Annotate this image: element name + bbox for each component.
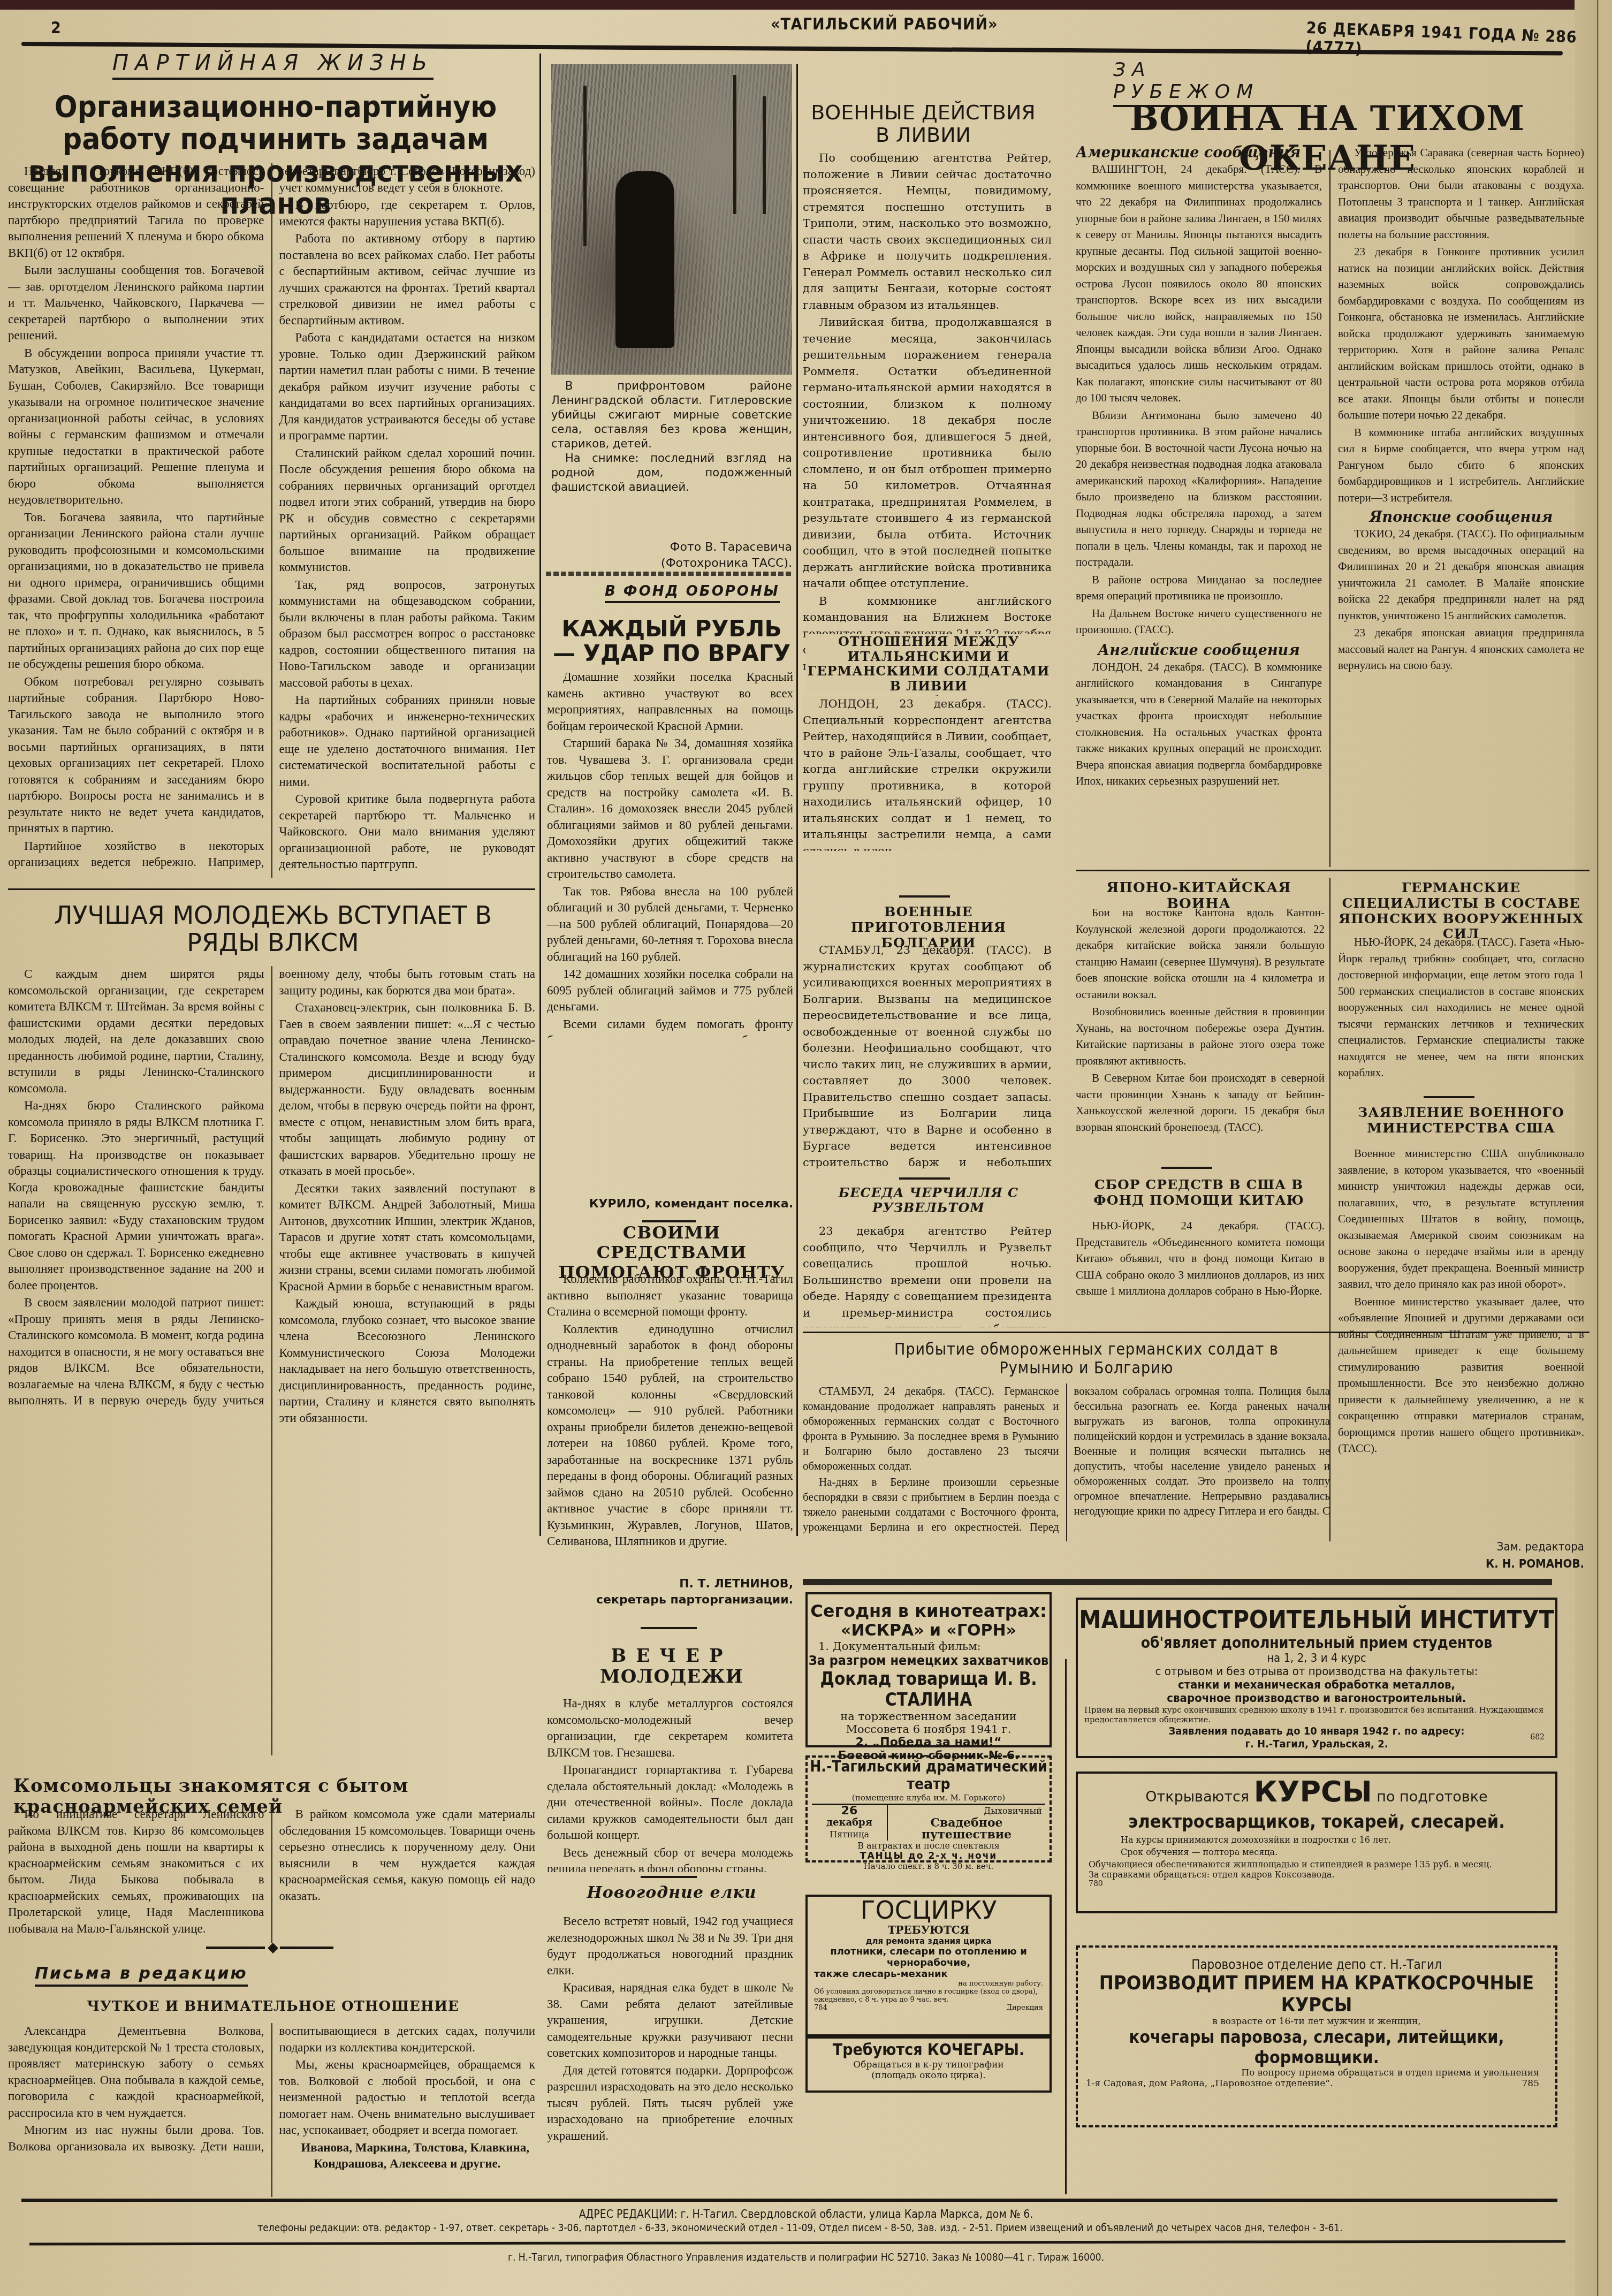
- sino-japanese-article: Бои на востоке Кантона вдоль Кантон-Коул…: [1076, 904, 1325, 1161]
- ad-line: ПРОИЗВОДИТ ПРИЕМ НА КРАТКОСРОЧНЫЕ КУРСЫ: [1078, 1972, 1555, 2016]
- ad-line: в возрасте от 16-ти лет мужчин и женщин,: [1078, 2016, 1555, 2027]
- defense-fund-headline: КАЖДЫЙ РУБЛЬ— УДАР ПО ВРАГУ: [551, 617, 792, 666]
- paragraph: У побережья Саравака (северная часть Бор…: [1338, 145, 1584, 242]
- column-divider: [1065, 1659, 1067, 2194]
- paragraph: Стахановец-электрик, сын полковника Б. В…: [279, 1000, 536, 1180]
- divider: [641, 1876, 697, 1878]
- ad-line: ГОСЦИРКУ: [808, 1897, 1050, 1924]
- ad-signature: Дирекция: [1006, 2004, 1043, 2012]
- editor-name: К. Н. РОМАНОВ.: [1338, 1556, 1584, 1573]
- section-rule: [8, 888, 535, 890]
- paper-name: «ТАГИЛЬСКИЙ РАБОЧИЙ»: [771, 15, 998, 34]
- institute-ad: МАШИНОСТРОИТЕЛЬНЫЙ ИНСТИТУТ об'являет до…: [1076, 1598, 1557, 1758]
- paragraph: Старший барака № 34, домашняя хозяйка то…: [547, 735, 793, 883]
- theatre-ad: Н.-Тагильский драматический театр (помещ…: [805, 1755, 1052, 1862]
- ad-line: г. Н.-Тагил, Уральская, 2.: [1078, 1737, 1555, 1750]
- us-war-dept-article: Военное министерство США опубликовало за…: [1338, 1145, 1584, 1523]
- caption-text: В прифронтовом районе Ленинградской обла…: [551, 379, 792, 451]
- youth-evening-headline: ВЕЧЕР МОЛОДЕЖИ: [551, 1646, 792, 1687]
- paragraph: Весь денежный сбор от вечера молодежь ре…: [547, 1845, 793, 1873]
- paragraph: По инициативе секретаря Ленинского райко…: [8, 1806, 264, 1937]
- japanese-reports-label: Японские сообщения: [1338, 509, 1584, 526]
- depot-footer: 1-я Садовая, дом Района, „Паровозное отд…: [1078, 2078, 1555, 2089]
- divider: [899, 895, 950, 898]
- editorial-phones: телефоны редакции: отв. редактор - 1-97,…: [32, 2222, 1568, 2234]
- photo-caption: В прифронтовом районе Ленинградской обла…: [551, 379, 792, 495]
- section-rule: [1076, 870, 1590, 871]
- paragraph: На-днях в горкоме ВКП(б) состоялось сове…: [8, 163, 264, 261]
- section-rubric: Письма в редакцию: [35, 1964, 248, 1987]
- ad-line: Начало спект. в 8 ч. 30 м. веч.: [808, 1861, 1050, 1871]
- theatre-author: Дыховичный: [888, 1805, 1045, 1817]
- paragraph: НЬЮ-ЙОРК, 24 декабря. (ТАСС). Представит…: [1076, 1218, 1325, 1299]
- italians-germans-article: ЛОНДОН, 23 декабря. (ТАСС). Специальный …: [803, 696, 1052, 851]
- paragraph: Для детей готовятся подарки. Дорпрофсож …: [547, 2063, 793, 2145]
- ad-line: Об условиях договориться лично в госцирк…: [808, 1988, 1050, 2004]
- ornament-rule: [280, 1947, 333, 1949]
- paragraph: Так тов. Рябова внесла на 100 рублей обл…: [547, 884, 793, 965]
- paragraph: ЛОНДОН, 24 декабря. (ТАСС). В коммюнике …: [1076, 659, 1322, 789]
- photo-tree: [763, 96, 766, 214]
- paragraph: На Дальнем Востоке ничего существенного …: [1076, 605, 1322, 638]
- ad-number: 682: [1530, 1733, 1545, 1742]
- paragraph: В районе острова Минданао за последнее в…: [1076, 572, 1322, 604]
- ad-line: Н.-Тагильский драматический театр: [808, 1758, 1050, 1793]
- paragraph: По сообщению агентства Рейтер, положение…: [803, 150, 1052, 313]
- ad-text: по подготовке: [1377, 1789, 1487, 1805]
- vlksm-article: С каждым днем ширятся ряды комсомольской…: [8, 966, 535, 1755]
- komsomol-families-article: По инициативе секретаря Ленинского райко…: [8, 1806, 535, 1943]
- defense-fund-byline: КУРИЛО, комендант поселка.: [547, 1196, 793, 1212]
- ad-line: сварочное производство и вагоностроитель…: [1078, 1692, 1555, 1705]
- paragraph: Коллектив единодушно отчислил однодневны…: [547, 1321, 793, 1550]
- paragraph: ТОКИО, 24 декабря. (ТАСС). По официальны…: [1338, 526, 1584, 624]
- libya-headline: ВОЕННЫЕ ДЕЙСТВИЯ В ЛИВИИ: [805, 102, 1041, 147]
- ad-line: Сегодня в кинотеатрах:: [808, 1601, 1050, 1621]
- theatre-play-title: Свадебное путешествие: [888, 1817, 1045, 1841]
- paragraph: Коллектив работников охраны ст. Н.-Тагил…: [547, 1271, 793, 1320]
- ad-line: Требуются КОЧЕГАРЫ.: [808, 2041, 1050, 2059]
- churchill-headline: БЕСЕДА ЧЕРЧИЛЛЯ С РУЗВЕЛЬТОМ: [805, 1185, 1052, 1215]
- ad-number: 780: [1078, 1880, 1555, 1888]
- ad-text: КУРСЫ: [1254, 1775, 1372, 1808]
- paragraph: НЬЮ-ЙОРК, 24 декабря. (ТАСС). Газета «Нь…: [1338, 934, 1584, 1081]
- column-divider: [539, 54, 541, 1536]
- letters-section: Письма в редакцию: [35, 1964, 248, 1987]
- italians-germans-headline: ОТНОШЕНИЯ МЕЖДУ ИТАЛЬЯНСКИМИ И ГЕРМАНСКИ…: [805, 634, 1052, 693]
- english-reports-label: Английские сообщения: [1076, 642, 1322, 659]
- theatre-play: Дыховичный Свадебное путешествие: [888, 1805, 1045, 1841]
- paragraph: В обсуждении вопроса приняли участие тт.…: [8, 345, 264, 508]
- paragraph: Работа по активному отбору в партию пост…: [279, 231, 536, 329]
- paragraph: 23 декабря агентство Рейтер сообщило, чт…: [803, 1223, 1052, 1327]
- paragraph: Мы, жены красноармейцев, обращаемся к то…: [279, 2057, 536, 2139]
- photo-credit-line: Фото В. Тарасевича: [551, 539, 792, 556]
- column-divider: [1329, 878, 1330, 1541]
- photo-credit: Фото В. Тарасевича (Фотохроника ТАСС).: [551, 539, 792, 572]
- paragraph: Ливийская битва, продолжавшаяся в течени…: [803, 314, 1052, 592]
- paragraph: Домашние хозяйки поселка Красный камень …: [547, 669, 793, 734]
- bulgaria-article: СТАМБУЛ, 23 декабря. (ТАСС). В журналист…: [803, 942, 1052, 1172]
- churchill-article: 23 декабря агентство Рейтер сообщило, чт…: [803, 1223, 1052, 1327]
- own-means-article: Коллектив работников охраны ст. Н.-Тагил…: [547, 1271, 793, 1571]
- editorial-address: АДРЕС РЕДАКЦИИ: г. Н-Тагил. Свердловской…: [0, 2208, 1612, 2221]
- youth-evening-article: На-днях в клубе металлургов состоялся ко…: [547, 1696, 793, 1872]
- courses-ad: Открываются КУРСЫ по подготовке электрос…: [1076, 1772, 1557, 1913]
- new-year-trees-headline: Новогодние елки: [551, 1884, 792, 1903]
- ad-line: Доклад товарища И. В. СТАЛИНА: [808, 1668, 1050, 1710]
- divider: [641, 1627, 697, 1629]
- ad-line: ТАНЦЫ до 2-х ч. ночи: [808, 1851, 1050, 1861]
- photo-credit-line: (Фотохроника ТАСС).: [551, 556, 792, 572]
- letters-article: Александра Дементьевна Волкова, заведующ…: [8, 2023, 535, 2197]
- ad-line: За справками обращаться: отдел кадров Ко…: [1078, 1869, 1555, 1880]
- paragraph: Так, ряд вопросов, затронутых коммуниста…: [279, 577, 536, 691]
- footer-top-rule: [21, 2199, 1557, 2202]
- courses-title-row: Открываются КУРСЫ по подготовке: [1078, 1778, 1555, 1811]
- depot-ad: Паровозное отделение депо ст. Н.-Тагил П…: [1076, 1945, 1557, 2127]
- ad-line: на торжественном заседании Моссовета 6 н…: [808, 1710, 1050, 1736]
- frostbitten-headline: Прибытие обмороженных германских солдат …: [878, 1341, 1295, 1378]
- photo-tree: [733, 75, 736, 214]
- english-reports-continued: У побережья Саравака (северная часть Бор…: [1338, 145, 1584, 506]
- ad-line: По вопросу приема обращаться в отдел при…: [1078, 2067, 1555, 2078]
- ad-line: плотники, слесари по отоплению и чернора…: [808, 1946, 1050, 1968]
- ad-line: на 1, 2, 3 и 4 курс: [1078, 1652, 1555, 1665]
- headline-line: ВЕЧЕР: [551, 1646, 792, 1667]
- photo-figure: [615, 171, 674, 348]
- paragraph: 23 декабря японская авиация предприняла …: [1338, 625, 1584, 674]
- ad-line: В антрактах и после спектакля: [808, 1841, 1050, 1851]
- paragraph: Вблизи Антимонана было замечено 40 транс…: [1076, 407, 1322, 571]
- ad-line: 1-я Садовая, дом Района, „Паровозное отд…: [1086, 2078, 1333, 2089]
- ad-line: также слесарь-механик: [808, 1968, 1050, 1980]
- paragraph: 23 декабря в Гонконге противник усилил н…: [1338, 244, 1584, 423]
- ad-line: (площадь около цирка).: [808, 2070, 1050, 2081]
- new-year-trees-article: Весело встретят новый, 1942 год учащиеся…: [547, 1913, 793, 2192]
- paragraph: Каждый юноша, вступающий в ряды комсомол…: [279, 1296, 536, 1426]
- paragraph: Сталинский райком сделал хороший почин. …: [279, 445, 536, 576]
- paragraph: Десятки таких заявлений поступают в коми…: [279, 1181, 536, 1295]
- ad-line: Обучающиеся обеспечиваются жилплощадью и…: [1078, 1857, 1555, 1869]
- paragraph: Весело встретят новый, 1942 год учащиеся…: [547, 1913, 793, 1979]
- paragraph: В партбюро, где секретарем т. Орлов, име…: [279, 197, 536, 230]
- paragraph: Пропагандист горпартактива т. Губарева с…: [547, 1762, 793, 1844]
- ad-line: Паровозное отделение депо ст. Н.-Тагил: [1078, 1957, 1555, 1972]
- ad-line: «ИСКРА» и «ГОРН»: [808, 1621, 1050, 1640]
- ad-line: ТРЕБУЮТСЯ: [808, 1924, 1050, 1936]
- paragraph: Александра Дементьевна Волкова, заведующ…: [8, 2023, 264, 2121]
- section-rubric: ПАРТИЙНАЯ ЖИЗНЬ: [112, 51, 434, 80]
- paragraph: Тов. Богачева заявила, что партийные орг…: [8, 510, 264, 673]
- paragraph: В райком комсомола уже сдали материалы о…: [279, 1806, 536, 1904]
- us-war-dept-headline: ЗАЯВЛЕНИЕ ВОЕННОГО МИНИСТЕРСТВА США: [1338, 1105, 1584, 1136]
- paragraph: 142 домашних хозяйки поселка собрали на …: [547, 966, 793, 1015]
- paragraph: Суровой критике была подвергнута работа …: [279, 791, 536, 873]
- wavy-divider: [546, 572, 792, 576]
- paragraph: С каждым днем ширятся ряды комсомольской…: [8, 966, 264, 1097]
- paragraph: Красивая, нарядная елка будет в школе № …: [547, 1980, 793, 2062]
- theatre-weekday: Пятница: [812, 1829, 887, 1841]
- photo-tree: [583, 86, 587, 246]
- ad-line: (помещение клуба им. М. Горького): [808, 1793, 1050, 1803]
- american-reports-label: Американские сообщения: [1076, 145, 1322, 161]
- ad-line: для ремонта здания цирка: [808, 1936, 1050, 1946]
- stokers-ad: Требуются КОЧЕГАРЫ. Обращаться в к-ру ти…: [805, 2036, 1052, 2093]
- paragraph: Возобновились военные действия в провинц…: [1076, 1003, 1325, 1069]
- cinema-ad: Сегодня в кинотеатрах: «ИСКРА» и «ГОРН» …: [805, 1592, 1052, 1747]
- paragraph: ЛОНДОН, 23 декабря. (ТАСС). Специальный …: [803, 696, 1052, 851]
- theatre-date: 26 декабря Пятница: [812, 1805, 888, 1841]
- own-means-byline: П. Т. ЛЕТНИНОВ, секретарь парторганизаци…: [547, 1576, 793, 1608]
- institute-address-row: г. Н.-Тагил, Уральская, 2. 682: [1078, 1737, 1555, 1750]
- ad-number: 785: [1522, 2078, 1539, 2089]
- paragraph: Обком потребовал регулярно созывать парт…: [8, 674, 264, 837]
- editor-label: Зам. редактора: [1338, 1539, 1584, 1556]
- paragraph: Бои на востоке Кантона вдоль Кантон-Коул…: [1076, 904, 1325, 1002]
- headline-line: МОЛОДЕЖИ: [551, 1667, 792, 1687]
- defense-fund-article: Домашние хозяйки поселка Красный камень …: [547, 669, 793, 1038]
- caption-text: На снимке: последний взгляд на родной до…: [551, 451, 792, 495]
- ad-line: Заявления подавать до 10 января 1942 г. …: [1078, 1724, 1555, 1737]
- divider: [1424, 1096, 1474, 1098]
- paragraph: СТАМБУЛ, 24 декабря. (ТАСС). Германское …: [803, 1383, 1059, 1473]
- paragraph: В Северном Китае бои происходят в северн…: [1076, 1070, 1325, 1135]
- ad-line: 1. Документальный фильм:: [808, 1640, 1050, 1653]
- american-reports-article: ВАШИНГТОН, 24 декабря. (ТАСС). В коммюни…: [1076, 161, 1322, 638]
- pacific-war-col1: Американские сообщения ВАШИНГТОН, 24 дек…: [1076, 145, 1322, 862]
- german-specialists-headline: ГЕРМАНСКИЕ СПЕЦИАЛИСТЫ В СОСТАВЕ ЯПОНСКИ…: [1338, 880, 1584, 942]
- ad-line: На курсы принимаются домохозяйки и подро…: [1078, 1835, 1555, 1845]
- ad-number: 784: [814, 2004, 827, 2012]
- party-life-article: На-днях в горкоме ВКП(б) состоялось сове…: [8, 163, 535, 878]
- circus-footer: 784 Дирекция: [808, 2004, 1050, 2012]
- divider: [1161, 1167, 1212, 1169]
- ads-top-rule: [803, 1579, 1552, 1585]
- paragraph: Военное министерство указывает далее, чт…: [1338, 1294, 1584, 1457]
- ad-line: об'являет дополнительный прием студентов: [1078, 1634, 1555, 1652]
- paragraph: Работа с кандидатами остается на низком …: [279, 330, 536, 444]
- column-divider: [1329, 150, 1330, 867]
- printer-info: г. Н.-Тагил, типография Областного Управ…: [0, 2252, 1612, 2263]
- paragraph: На-днях бюро Сталинского райкома комсомо…: [8, 1098, 264, 1294]
- usa-fund-china-article: НЬЮ-ЙОРК, 24 декабря. (ТАСС). Представит…: [1076, 1218, 1325, 1327]
- english-reports-article: ЛОНДОН, 24 декабря. (ТАСС). В коммюнике …: [1076, 659, 1322, 789]
- ad-line: За разгром немецких захватчиков: [808, 1653, 1050, 1668]
- ad-text: Открываются: [1145, 1789, 1249, 1805]
- ad-line: электросварщиков, токарей, слесарей.: [1078, 1811, 1555, 1833]
- ad-line: 2. „Победа за нами!“: [808, 1736, 1050, 1749]
- paragraph: В коммюнике штаба английских воздушных с…: [1338, 424, 1584, 506]
- letters-headline: ЧУТКОЕ И ВНИМАТЕЛЬНОЕ ОТНОШЕНИЕ: [11, 1999, 535, 2015]
- paragraph: Военное министерство США опубликовало за…: [1338, 1145, 1584, 1293]
- page-number: 2: [51, 19, 62, 37]
- theatre-day: 26: [812, 1805, 887, 1817]
- section-rubric: В ФОНД ОБОРОНЫ: [605, 583, 780, 603]
- paragraph: ВАШИНГТОН, 24 декабря. (ТАСС). В коммюни…: [1076, 161, 1322, 406]
- paragraph: Всеми силами будем помогать фронту быстр…: [547, 1016, 793, 1039]
- scan-top-edge: [0, 0, 1612, 10]
- party-life-section: ПАРТИЙНАЯ ЖИЗНЬ: [112, 51, 434, 80]
- paragraph: На-днях в клубе металлургов состоялся ко…: [547, 1696, 793, 1761]
- paragraph: Были заслушаны сообщения тов. Богачевой …: [8, 262, 264, 344]
- vlksm-headline: ЛУЧШАЯ МОЛОДЕЖЬ ВСТУПАЕТ В РЯДЫ ВЛКСМ: [16, 902, 530, 956]
- ad-line: Срок обучения — полтора месяца.: [1078, 1847, 1555, 1857]
- ad-line: МАШИНОСТРОИТЕЛЬНЫЙ ИНСТИТУТ: [1078, 1605, 1555, 1634]
- defense-fund-section: В ФОНД ОБОРОНЫ: [605, 583, 780, 603]
- pacific-war-col2: У побережья Саравака (северная часть Бор…: [1338, 145, 1584, 862]
- signature: Иванова, Маркина, Толстова, Клавкина, Ко…: [279, 2140, 536, 2172]
- divider: [899, 1177, 950, 1180]
- byline-role: секретарь парторганизации.: [547, 1592, 793, 1608]
- usa-fund-china-headline: СБОР СРЕДСТВ В США В ФОНД ПОМОЩИ КИТАЮ: [1076, 1177, 1322, 1208]
- ad-line: кочегары паровоза, слесари, литейщики, ф…: [1078, 2027, 1555, 2067]
- byline-name: П. Т. ЛЕТНИНОВ,: [547, 1576, 793, 1592]
- ad-line: на постоянную работу.: [808, 1980, 1050, 1988]
- war-photo: [551, 64, 792, 375]
- circus-ad: ГОСЦИРКУ ТРЕБУЮТСЯ для ремонта здания ци…: [805, 1895, 1052, 2036]
- column-divider: [796, 64, 798, 1536]
- ad-line: Прием на первый курс окончивших среднюю …: [1078, 1705, 1555, 1724]
- ornament-rule: [206, 1947, 265, 1949]
- ad-line: станки и механическая обработка металлов…: [1078, 1678, 1555, 1692]
- ad-line: Обращаться в к-ру типографии: [808, 2059, 1050, 2070]
- editor-signature: Зам. редактора К. Н. РОМАНОВ.: [1338, 1539, 1584, 1573]
- paragraph: СТАМБУЛ, 23 декабря. (ТАСС). В журналист…: [803, 942, 1052, 1172]
- frostbitten-article: СТАМБУЛ, 24 декабря. (ТАСС). Германское …: [803, 1383, 1330, 1541]
- paragraph: На партийных собраниях приняли новые кад…: [279, 692, 536, 790]
- japanese-reports-article: ТОКИО, 24 декабря. (ТАСС). По официальны…: [1338, 526, 1584, 674]
- ad-line: с отрывом и без отрыва от производства н…: [1078, 1665, 1555, 1678]
- theatre-month: декабря: [812, 1817, 887, 1829]
- german-specialists-article: НЬЮ-ЙОРК, 24 декабря. (ТАСС). Газета «Нь…: [1338, 934, 1584, 1092]
